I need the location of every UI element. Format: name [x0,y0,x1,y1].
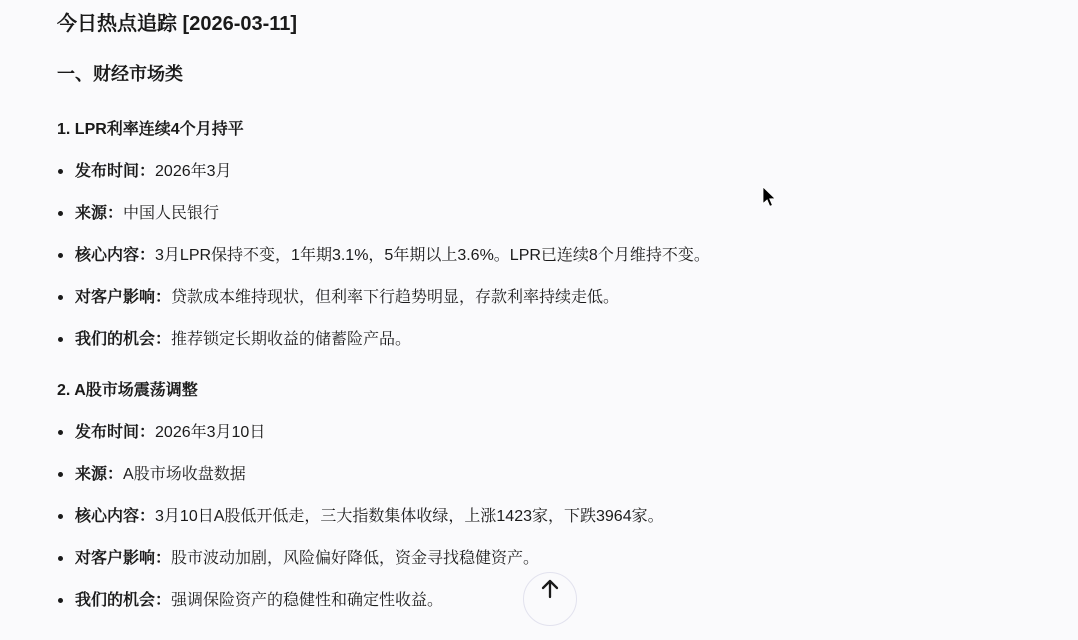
bullet-text: 强调保险资产的稳健性和确定性收益。 [171,592,443,609]
bullet-text: 贷款成本维持现状，但利率下行趋势明显，存款利率持续走低。 [171,289,619,306]
bullet-text: A股市场收盘数据 [123,466,246,483]
bullet-icon [58,253,63,258]
bullet-text: 中国人民银行 [123,205,219,222]
bullet-label: 发布时间 [75,163,139,180]
list-item: 对客户影响：贷款成本维持现状，但利率下行趋势明显，存款利率持续走低。 [57,287,1021,308]
bullet-icon [58,514,63,519]
bullet-list: 发布时间：2026年3月 来源：中国人民银行 核心内容：3月LPR保持不变，1年… [57,161,1021,350]
bullet-label: 核心内容 [75,508,139,525]
bullet-separator: ： [155,331,171,348]
bullet-separator: ： [139,163,155,180]
bullet-icon [58,211,63,216]
list-item: 核心内容：3月LPR保持不变，1年期3.1%，5年期以上3.6%。LPR已连续8… [57,245,1021,266]
bullet-separator: ： [155,592,171,609]
bullet-label: 发布时间 [75,424,139,441]
bullet-label: 来源 [75,205,107,222]
bullet-separator: ： [107,466,123,483]
bullet-separator: ： [107,205,123,222]
topic-heading: 2. A股市场震荡调整 [57,380,1021,402]
list-item: 对客户影响：股市波动加剧，风险偏好降低，资金寻找稳健资产。 [57,548,1021,569]
bullet-separator: ： [139,508,155,525]
bullet-text: 推荐锁定长期收益的储蓄险产品。 [171,331,411,348]
bullet-icon [58,430,63,435]
bullet-icon [58,556,63,561]
arrow-up-icon [538,577,562,601]
bullet-text: 2026年3月10日 [155,424,265,441]
bullet-label: 核心内容 [75,247,139,264]
bullet-label: 对客户影响 [75,289,155,306]
bullet-icon [58,472,63,477]
bullet-separator: ： [139,247,155,264]
bullet-text: 股市波动加剧，风险偏好降低，资金寻找稳健资产。 [171,550,539,567]
bullet-icon [58,337,63,342]
list-item: 核心内容：3月10日A股低开低走，三大指数集体收绿，上涨1423家，下跌3964… [57,506,1021,527]
page-title: 今日热点追踪 [2026-03-11] [57,10,1021,38]
bullet-icon [58,169,63,174]
bullet-label: 我们的机会 [75,331,155,348]
bullet-separator: ： [155,550,171,567]
section-heading: 一、财经市场类 [57,62,1021,87]
bullet-text: 2026年3月 [155,163,232,180]
bullet-icon [58,598,63,603]
bullet-label: 我们的机会 [75,592,155,609]
list-item: 来源：中国人民银行 [57,203,1021,224]
bullet-label: 对客户影响 [75,550,155,567]
list-item: 来源：A股市场收盘数据 [57,464,1021,485]
bullet-text: 3月10日A股低开低走，三大指数集体收绿，上涨1423家，下跌3964家。 [155,508,664,525]
topic-heading: 1. LPR利率连续4个月持平 [57,119,1021,141]
list-item: 发布时间：2026年3月 [57,161,1021,182]
topic-section-1: 1. LPR利率连续4个月持平 发布时间：2026年3月 来源：中国人民银行 核… [57,119,1021,350]
bullet-separator: ： [139,424,155,441]
list-item: 我们的机会：推荐锁定长期收益的储蓄险产品。 [57,329,1021,350]
document: 今日热点追踪 [2026-03-11] 一、财经市场类 1. LPR利率连续4个… [0,0,1078,611]
bullet-label: 来源 [75,466,107,483]
list-item: 发布时间：2026年3月10日 [57,422,1021,443]
bullet-text: 3月LPR保持不变，1年期3.1%，5年期以上3.6%。LPR已连续8个月维持不… [155,247,710,264]
bullet-separator: ： [155,289,171,306]
bullet-icon [58,295,63,300]
scroll-to-top-button[interactable] [523,572,577,626]
